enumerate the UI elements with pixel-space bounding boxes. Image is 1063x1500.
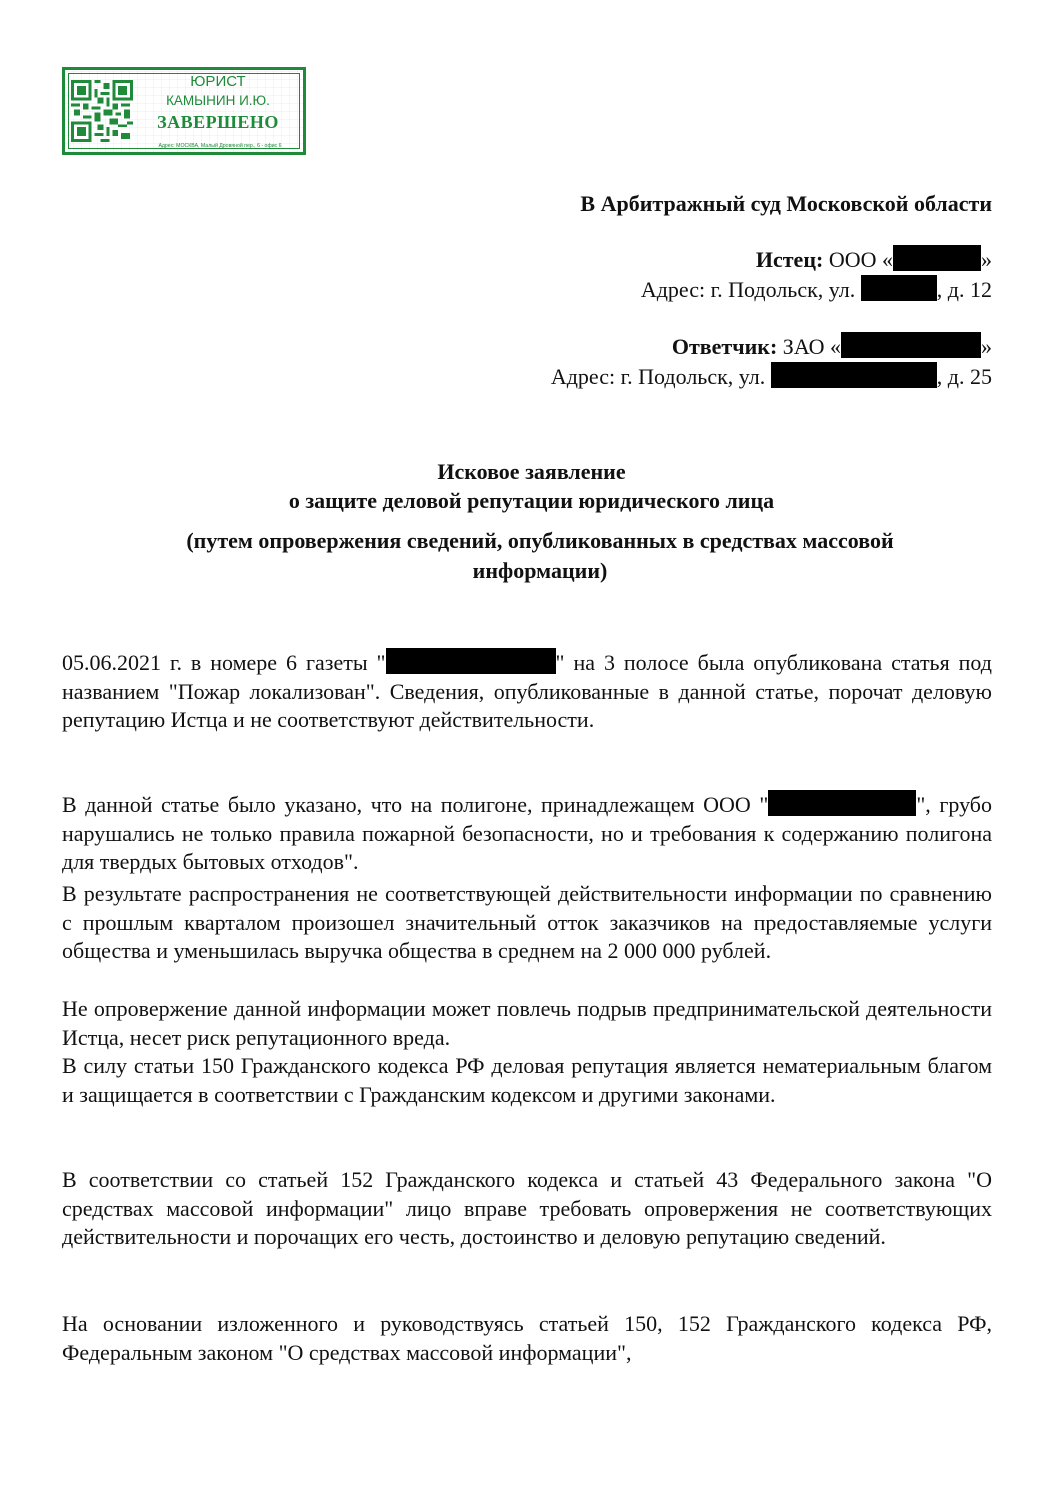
redacted-company-name (768, 790, 916, 816)
redacted-defendant-street (771, 362, 937, 388)
paragraph-article-150: В силу статьи 150 Гражданского кодекса Р… (62, 1052, 992, 1109)
stamp-title: ЮРИСТ (137, 72, 299, 91)
defendant-block: Ответчик: ЗАО «» Адрес: г. Подольск, ул.… (551, 332, 992, 392)
redacted-plaintiff-name (893, 245, 981, 271)
plaintiff-address-suffix: , д. 12 (937, 277, 992, 302)
defendant-line: Ответчик: ЗАО «» (551, 332, 992, 362)
paragraph-article-152: В соответствии со статьей 152 Гражданско… (62, 1166, 992, 1252)
paragraph-damages: В результате распространения не соответс… (62, 880, 992, 966)
plaintiff-address-prefix: Адрес: г. Подольск, ул. (641, 277, 855, 302)
defendant-address-suffix: , д. 25 (937, 364, 992, 389)
plaintiff-block: Истец: ООО «» Адрес: г. Подольск, ул. , … (641, 245, 992, 305)
plaintiff-line: Истец: ООО «» (641, 245, 992, 275)
plaintiff-address: Адрес: г. Подольск, ул. , д. 12 (641, 275, 992, 305)
p1-text-before: 05.06.2021 г. в номере 6 газеты " (62, 650, 386, 675)
stamp-lawyer-name: КАМЫНИН И.Ю. (137, 91, 299, 110)
redacted-newspaper-name (386, 648, 556, 674)
paragraph-article-claims: В данной статье было указано, что на пол… (62, 790, 992, 877)
defendant-label: Ответчик: (672, 334, 777, 359)
plaintiff-org-suffix: » (981, 247, 992, 272)
court-name: В Арбитражный суд Московской области (580, 189, 992, 219)
document-title: Исковое заявление (0, 457, 1063, 486)
document-subtitle-note: (путем опровержения сведений, опубликова… (130, 526, 950, 586)
plaintiff-org-prefix: ООО « (829, 247, 893, 272)
stamp-text: ЮРИСТ КАМЫНИН И.Ю. ЗАВЕРШЕНО (137, 72, 299, 134)
stamp-address: Адрес: МОСКВА, Малый Дровяной пер., 6 - … (139, 143, 301, 149)
paragraph-risk: Не опровержение данной информации может … (62, 995, 992, 1052)
plaintiff-label: Истец: (756, 247, 823, 272)
lawyer-stamp: ЮРИСТ КАМЫНИН И.Ю. ЗАВЕРШЕНО Адрес: МОСК… (62, 67, 306, 155)
document-subtitle: о защите деловой репутации юридического … (0, 486, 1063, 515)
defendant-org-prefix: ЗАО « (783, 334, 841, 359)
qr-code-icon (71, 76, 133, 146)
paragraph-publication: 05.06.2021 г. в номере 6 газеты "" на 3 … (62, 648, 992, 735)
defendant-org-suffix: » (981, 334, 992, 359)
redacted-defendant-name (841, 332, 981, 358)
defendant-address-prefix: Адрес: г. Подольск, ул. (551, 364, 765, 389)
p2-text-before: В данной статье было указано, что на пол… (62, 792, 768, 817)
stamp-status: ЗАВЕРШЕНО (137, 110, 299, 134)
paragraph-basis: На основании изложенного и руководствуяс… (62, 1310, 992, 1367)
defendant-address: Адрес: г. Подольск, ул. , д. 25 (551, 362, 992, 392)
redacted-plaintiff-street (861, 275, 937, 301)
